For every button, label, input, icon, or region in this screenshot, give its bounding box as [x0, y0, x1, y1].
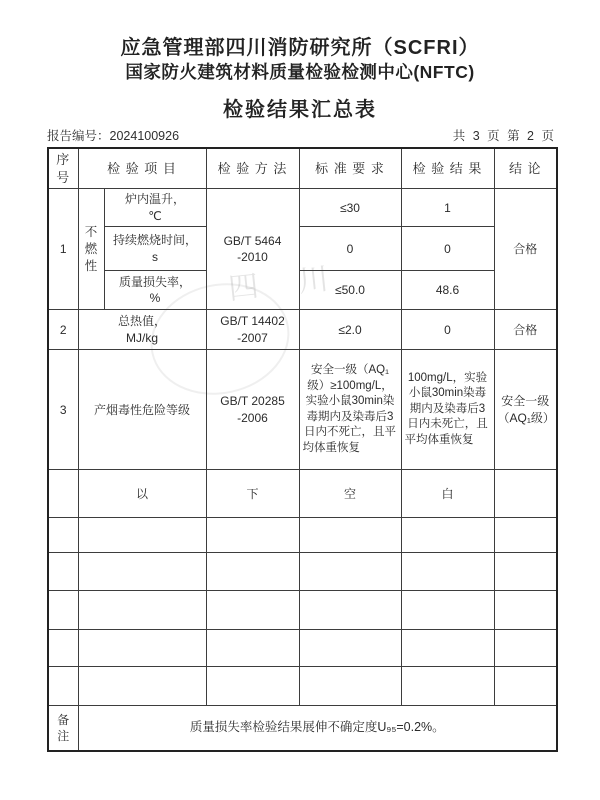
report-meta-row: 报告编号：2024100926 共 3 页 第 2 页	[47, 126, 556, 144]
col-header-requirement: 标 准 要 求	[299, 148, 401, 189]
report-number: 报告编号：2024100926	[47, 126, 179, 144]
table-row-note: 备注 质量损失率检验结果展伸不确定度U₉₅=0.2%。	[48, 706, 557, 751]
empty-cell	[494, 667, 557, 706]
table-row-3: 3 产烟毒性危险等级 GB/T 20285 -2006 安全一级（AQ₁级）≥1…	[48, 350, 557, 470]
cell-filler-1: 以	[78, 470, 206, 518]
col-header-seq: 序号	[48, 148, 78, 189]
cell-filler-3: 空	[299, 470, 401, 518]
empty-cell	[48, 518, 78, 553]
empty-cell	[401, 630, 494, 667]
empty-cell	[48, 553, 78, 591]
empty-cell	[494, 630, 557, 667]
cell-filler-4: 白	[401, 470, 494, 518]
cell-seq-3: 3	[48, 350, 78, 470]
cell-req-burn-duration: 0	[299, 227, 401, 271]
cell-method-gbt14402: GB/T 14402 -2007	[206, 310, 299, 350]
empty-cell	[48, 591, 78, 630]
cell-filler-conclusion	[494, 470, 557, 518]
empty-cell	[494, 591, 557, 630]
empty-cell	[299, 518, 401, 553]
cell-result-mass-loss: 48.6	[401, 271, 494, 310]
note-label: 备注	[48, 706, 78, 751]
table-row-empty-1	[48, 518, 557, 553]
cell-req-mass-loss: ≤50.0	[299, 271, 401, 310]
doc-title: 检验结果汇总表	[0, 93, 600, 122]
document-page: 四 川 应急管理部四川消防研究所（SCFRI） 国家防火建筑材料质量检验检测中心…	[0, 0, 600, 800]
table-row-1b: 持续燃烧时间， s 0 0	[48, 227, 557, 271]
cell-seq-1: 1	[48, 189, 78, 310]
cell-method-gbt5464: GB/T 5464 -2010	[206, 189, 299, 310]
cell-item-calorific: 总热值， MJ/kg	[78, 310, 206, 350]
empty-cell	[78, 553, 206, 591]
cell-item-smoke-toxicity: 产烟毒性危险等级	[78, 350, 206, 470]
cell-req-smoke-toxicity: 安全一级（AQ₁级）≥100mg/L，实验小鼠30min染毒期内及染毒后3日内不…	[299, 350, 401, 470]
empty-cell	[401, 591, 494, 630]
results-table: 序号 检 验 项 目 检 验 方 法 标 准 要 求 检 验 结 果 结 论 1…	[47, 147, 558, 752]
empty-cell	[401, 667, 494, 706]
empty-cell	[78, 591, 206, 630]
cell-item-furnace-temp: 炉内温升， ℃	[104, 189, 206, 227]
cell-seq-2: 2	[48, 310, 78, 350]
col-header-method: 检 验 方 法	[206, 148, 299, 189]
empty-cell	[206, 667, 299, 706]
empty-cell	[206, 630, 299, 667]
empty-cell	[299, 591, 401, 630]
empty-cell	[78, 630, 206, 667]
cell-result-furnace-temp: 1	[401, 189, 494, 227]
empty-cell	[206, 591, 299, 630]
table-header-row: 序号 检 验 项 目 检 验 方 法 标 准 要 求 检 验 结 果 结 论	[48, 148, 557, 189]
empty-cell	[48, 667, 78, 706]
cell-conclusion-3: 安全一级 （AQ₁级）	[494, 350, 557, 470]
empty-cell	[494, 553, 557, 591]
cell-req-furnace-temp: ≤30	[299, 189, 401, 227]
cell-item-mass-loss: 质量损失率， %	[104, 271, 206, 310]
cell-method-gbt20285: GB/T 20285 -2006	[206, 350, 299, 470]
empty-cell	[401, 553, 494, 591]
table-row-empty-2	[48, 553, 557, 591]
org-name-line1: 应急管理部四川消防研究所（SCFRI）	[0, 31, 600, 60]
cell-conclusion-2: 合格	[494, 310, 557, 350]
table-row-blank-filler: 以 下 空 白	[48, 470, 557, 518]
col-header-conclusion: 结 论	[494, 148, 557, 189]
table-row-1a: 1 不燃性 炉内温升， ℃ GB/T 5464 -2010 ≤30 1 合格	[48, 189, 557, 227]
org-name-line2: 国家防火建筑材料质量检验检测中心(NFTC)	[0, 59, 600, 84]
col-header-result: 检 验 结 果	[401, 148, 494, 189]
report-number-label: 报告编号：	[47, 129, 110, 143]
col-header-item: 检 验 项 目	[78, 148, 206, 189]
cell-filler-2: 下	[206, 470, 299, 518]
cell-filler-seq	[48, 470, 78, 518]
empty-cell	[401, 518, 494, 553]
cell-result-burn-duration: 0	[401, 227, 494, 271]
report-number-value: 2024100926	[110, 129, 180, 143]
empty-cell	[299, 667, 401, 706]
empty-cell	[48, 630, 78, 667]
cell-item-burn-duration: 持续燃烧时间， s	[104, 227, 206, 271]
empty-cell	[206, 518, 299, 553]
table-row-empty-5	[48, 667, 557, 706]
empty-cell	[206, 553, 299, 591]
empty-cell	[78, 518, 206, 553]
cell-conclusion-1: 合格	[494, 189, 557, 310]
cell-result-calorific: 0	[401, 310, 494, 350]
cell-req-calorific: ≤2.0	[299, 310, 401, 350]
cell-group-noncombustible: 不燃性	[78, 189, 104, 310]
table-row-empty-3	[48, 591, 557, 630]
table-row-1c: 质量损失率， % ≤50.0 48.6	[48, 271, 557, 310]
table-row-empty-4	[48, 630, 557, 667]
empty-cell	[494, 518, 557, 553]
note-text: 质量损失率检验结果展伸不确定度U₉₅=0.2%。	[78, 706, 557, 751]
cell-result-smoke-toxicity: 100mg/L，实验小鼠30min染毒期内及染毒后3日内未死亡，且平均体重恢复	[401, 350, 494, 470]
table-row-2: 2 总热值， MJ/kg GB/T 14402 -2007 ≤2.0 0 合格	[48, 310, 557, 350]
page-indicator: 共 3 页 第 2 页	[453, 126, 556, 144]
empty-cell	[78, 667, 206, 706]
empty-cell	[299, 630, 401, 667]
empty-cell	[299, 553, 401, 591]
